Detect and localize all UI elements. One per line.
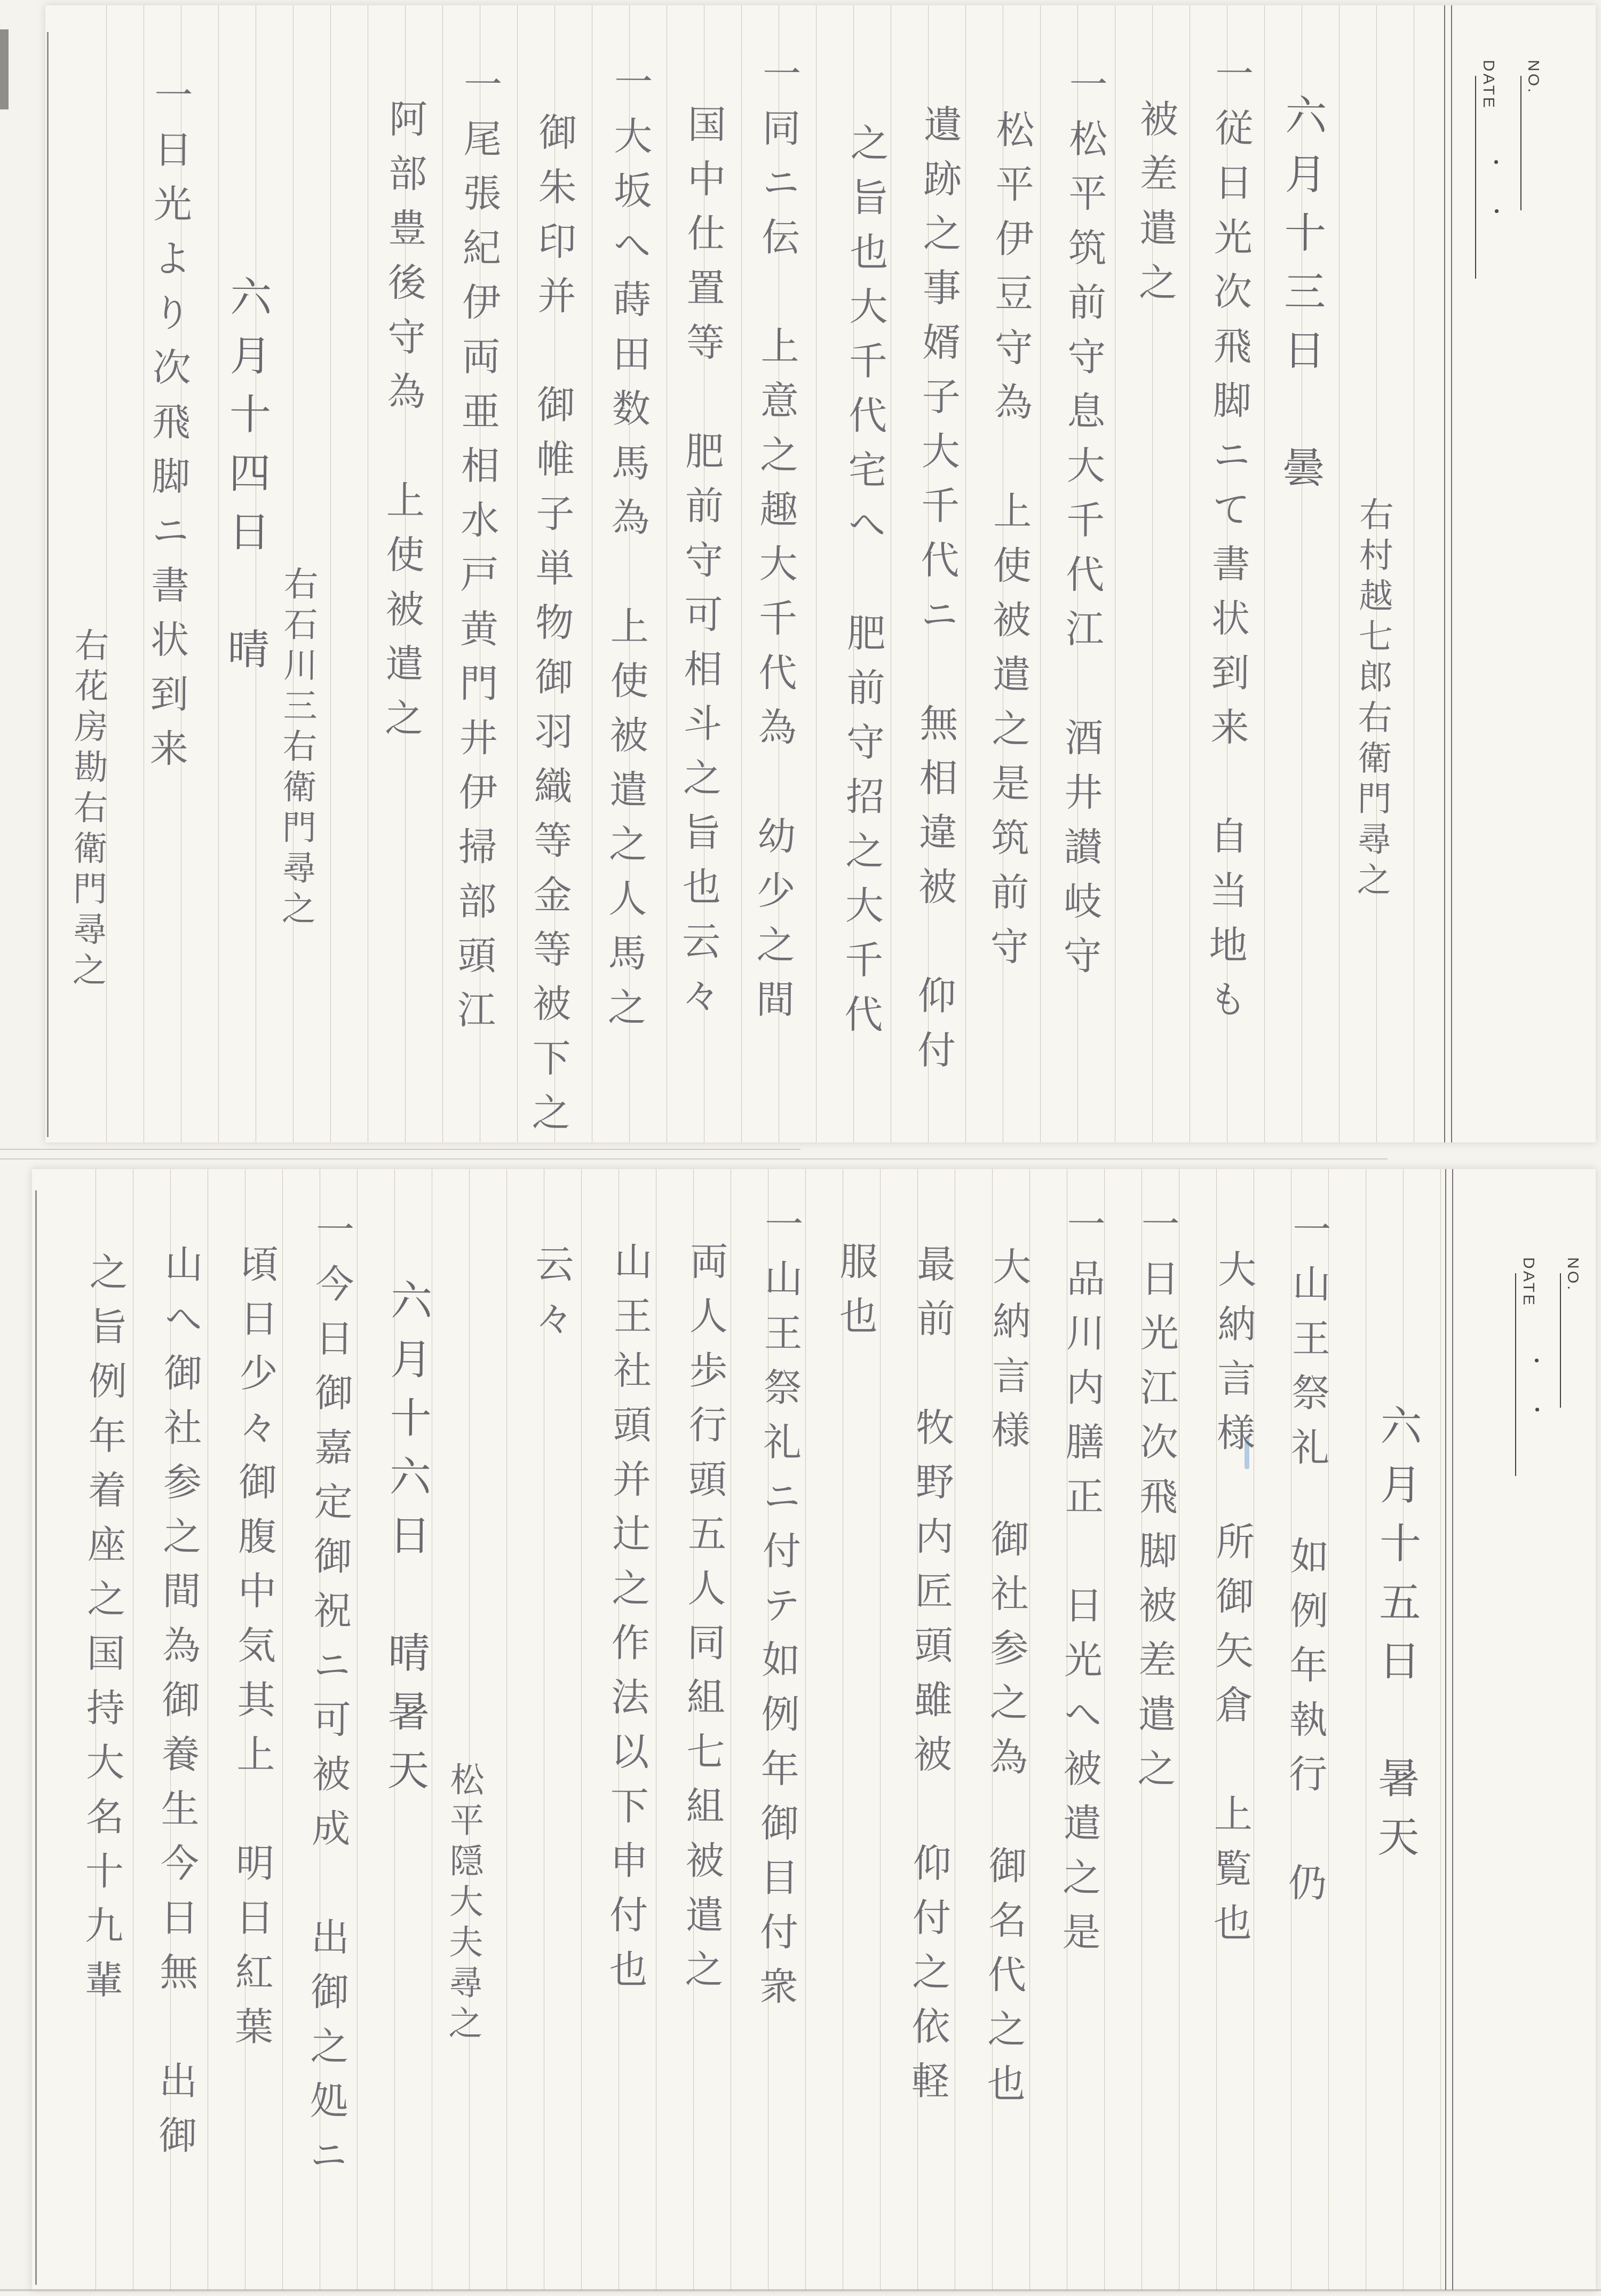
text-column: 六月十三日 曇 — [1270, 93, 1332, 505]
text-column: 一山王祭礼ニ付テ如例年御目付衆 — [747, 1204, 809, 2021]
text-column: 云々 — [522, 1244, 578, 1353]
text-column: 最前 牧野内匠頭雖被 仰付之依軽 — [899, 1244, 960, 2116]
text-column: 一今日御嘉定御祝ニ可被成 出御之処ニ — [297, 1209, 360, 2190]
text-column: 阿部豊後守為 上使被遣之 — [372, 99, 433, 753]
text-column: 一同ニ伝 上意之趣大千代為 幼少之間 — [744, 53, 806, 1034]
text-column: 一従日光次飛脚ニて書状到来 自当地も — [1196, 53, 1259, 1034]
text-column: 右石川三右衛門尋之 — [271, 566, 323, 932]
text-column: 遺跡之事婿子大千代ニ 無相違被 仰付 — [905, 104, 968, 1085]
text-column: 御朱印并 御帷子単物御羽織等金等被下之 — [519, 112, 582, 1147]
text-column: 大納言様 所御矢倉 上覧也 — [1201, 1249, 1261, 1958]
text-column: 一品川内膳正 日光へ被遣之是 — [1050, 1204, 1111, 1967]
text-column: 大納言様 御社参之為 御名代之也 — [974, 1246, 1036, 2118]
text-column: 国中仕置等 肥前守可相斗之旨也云々 — [669, 104, 731, 1030]
text-column: 六月十四日 晴 — [215, 275, 277, 687]
text-column: 之旨也大千代宅へ 肥前守招之大千代 — [832, 123, 894, 1049]
text-column: 一日光より次飛脚ニ書状到来 — [137, 75, 197, 783]
text-column: 松平伊豆守為 上使被遣之是筑前守 — [978, 109, 1039, 981]
text-column: 松平隠大夫尋之 — [438, 1762, 489, 2046]
handwriting-layer: 右村越七郎右衛門尋之六月十三日 曇一従日光次飛脚ニて書状到来 自当地も被差遣之一… — [0, 0, 1601, 2296]
text-column: 右村越七郎右衛門尋之 — [1346, 496, 1398, 903]
text-column: 右花房勘右衛門尋之 — [62, 627, 114, 993]
text-column: 山へ御社参之間為御養生今日無 出御 — [146, 1244, 208, 2170]
text-column: 被差遣之 — [1127, 99, 1184, 317]
text-column: 一大坂へ蒔田数馬為 上使被遣之人馬之 — [596, 61, 658, 1042]
text-column: 服也 — [827, 1241, 883, 1351]
text-column: 六月十五日 暑天 — [1365, 1404, 1428, 1874]
text-column: 一日光江次飛脚被差遣之 — [1125, 1204, 1185, 1803]
text-column: 両人歩行頭五人同組七組被遣之 — [672, 1241, 733, 2004]
text-column: 一山王祭礼 如例年執行 仍 — [1275, 1209, 1336, 1918]
text-column: 一尾張紀伊両亜相水戸黄門井伊掃部頭江 — [445, 64, 508, 1045]
text-column: 一松平筑前守息大千代江 酒井讃岐守 — [1051, 64, 1113, 990]
text-column: 六月十六日 晴暑天 — [375, 1279, 438, 1808]
text-column: 之旨例年着座之国持大名十九輩 — [72, 1252, 133, 2015]
text-column: 頃日少々御腹中気其上 明日紅葉 — [223, 1244, 284, 2061]
scanned-notebook-document: NO. DATE NO. DATE 右村越七郎右衛門尋之六月十三日 曇一従日光次… — [0, 0, 1601, 2296]
text-column: 山王社頭并辻之作法以下申付也 — [597, 1241, 657, 2004]
